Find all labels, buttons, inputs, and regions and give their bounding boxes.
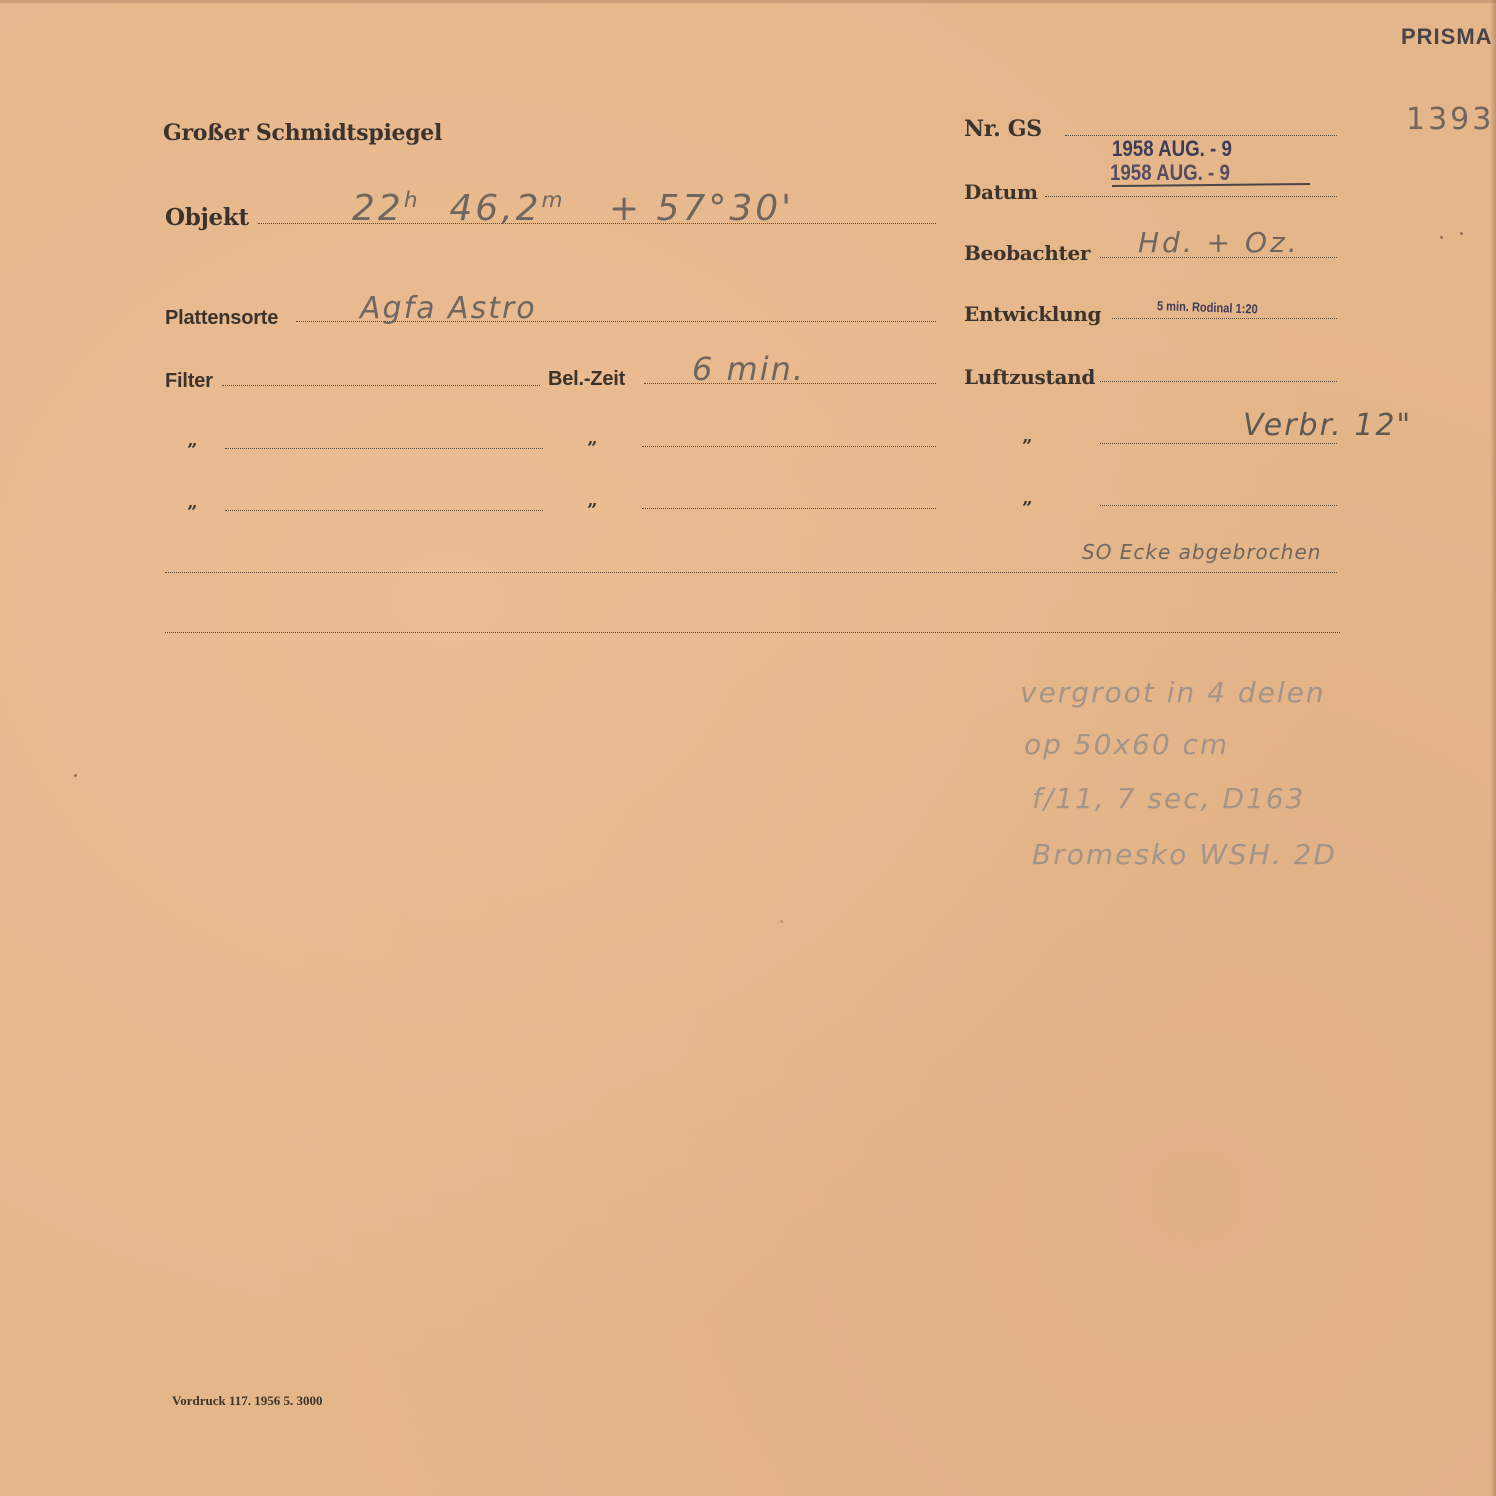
pencil-note-line: Bromesko WSH. 2D: [1032, 838, 1337, 871]
print-info: Vordruck 117. 1956 5. 3000: [172, 1393, 322, 1409]
entwicklung-field[interactable]: [1112, 318, 1337, 319]
luftzustand-field[interactable]: [1100, 381, 1337, 382]
paper-speck: [1440, 236, 1443, 239]
pencil-note-line: f/11, 7 sec, D163: [1032, 782, 1305, 815]
filter-label: Filter: [165, 370, 213, 393]
paper-edge-top: [0, 0, 1496, 3]
luftzustand-extra-field-2[interactable]: [1100, 505, 1337, 506]
remarks-line-1[interactable]: [165, 572, 1337, 573]
ditto-mark: ”: [587, 438, 597, 459]
ditto-mark: ”: [187, 440, 197, 461]
beobachter-label: Beobachter: [964, 241, 1090, 265]
beobachter-value: Hd. + Oz.: [1138, 226, 1300, 259]
ditto-mark: ”: [1022, 436, 1032, 457]
filter-extra-field-2[interactable]: [225, 510, 543, 511]
plattensorte-label: Plattensorte: [165, 307, 278, 330]
datum-label: Datum: [964, 180, 1038, 204]
plattensorte-value: Agfa Astro: [360, 291, 537, 326]
paper-speck: [1460, 232, 1463, 235]
entwicklung-label: Entwicklung: [964, 302, 1101, 326]
date-stamp-1: 1958 AUG. - 9: [1112, 136, 1232, 162]
bel-zeit-extra-field-1[interactable]: [642, 446, 936, 447]
remarks-line-2[interactable]: [165, 632, 1340, 633]
bel-zeit-label: Bel.-Zeit: [548, 368, 625, 391]
objekt-label: Objekt: [165, 204, 249, 231]
ditto-mark: ”: [187, 502, 197, 523]
luftzustand-extra-value: Verbr. 12": [1243, 408, 1412, 443]
remark-note: SO Ecke abgebrochen: [1082, 540, 1321, 564]
filter-field[interactable]: [222, 385, 540, 386]
paper-speck: [780, 920, 783, 923]
ditto-mark: ”: [1022, 498, 1032, 519]
paper-edge: [1490, 0, 1496, 1496]
filter-extra-field-1[interactable]: [225, 448, 543, 449]
paper-speck: [74, 774, 77, 777]
pencil-note-line: vergroot in 4 delen: [1020, 676, 1326, 709]
pencil-note-line: op 50x60 cm: [1024, 728, 1229, 761]
luftzustand-extra-field-1[interactable]: [1100, 443, 1337, 444]
date-stamp-2: 1958 AUG. - 9: [1110, 160, 1230, 186]
bel-zeit-value: 6 min.: [692, 350, 805, 388]
number-label: Nr. GS: [964, 116, 1042, 142]
luftzustand-label: Luftzustand: [964, 365, 1095, 389]
archive-number: 1393: [1406, 102, 1494, 137]
instrument-title: Großer Schmidtspiegel: [163, 120, 442, 146]
bel-zeit-extra-field-2[interactable]: [642, 508, 936, 509]
datum-field[interactable]: [1045, 196, 1337, 197]
ditto-mark: ”: [587, 500, 597, 521]
objekt-value: 22h 46,2m + 57°30': [352, 188, 794, 229]
archive-stamp: PRISMA: [1401, 24, 1493, 50]
